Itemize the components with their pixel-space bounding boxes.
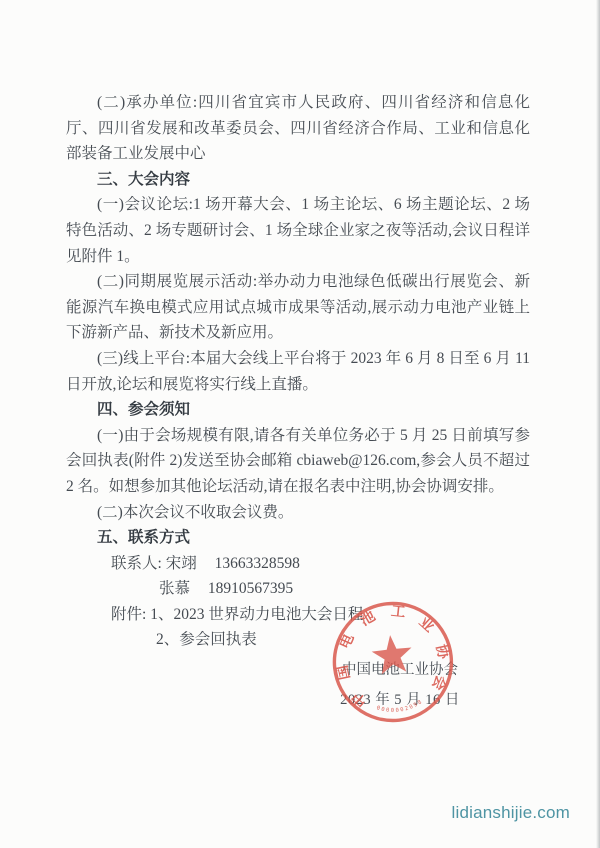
contact-row-1: 联系人: 宋翊 13663328598 xyxy=(111,551,530,577)
attachment-item-2: 2、参会回执表 xyxy=(156,631,257,648)
para-registration: (一)由于会场规模有限,请各有关单位务必于 5 月 25 日前填写参会回执表(附… xyxy=(66,423,530,500)
attachment-label: 附件: xyxy=(111,606,146,623)
para-organizers: (二)承办单位:四川省宜宾市人民政府、四川省经济和信息化厅、四川省发展和改革委员… xyxy=(66,90,530,167)
para-online-platform: (三)线上平台:本届大会线上平台将于 2023 年 6 月 8 日至 6 月 1… xyxy=(66,346,530,397)
heading-attendance-notice: 四、参会须知 xyxy=(66,397,530,423)
attachment-row-1: 附件: 1、2023 世界动力电池大会日程 xyxy=(111,602,530,628)
contact-row-2: 张慕 18910567395 xyxy=(111,576,530,602)
contact-block: 联系人: 宋翊 13663328598 张慕 18910567395 附件: 1… xyxy=(66,551,530,653)
signature-block: 中国电池工业协会 2023 年 5 月 16 日 xyxy=(322,662,478,709)
para-forums: (一)会议论坛:1 场开幕大会、1 场主论坛、6 场主题论坛、2 场特色活动、2… xyxy=(66,192,530,269)
site-watermark: lidianshijie.com xyxy=(452,803,570,823)
signature-organization: 中国电池工业协会 xyxy=(322,662,478,679)
signature-date: 2023 年 5 月 16 日 xyxy=(322,692,478,709)
para-fee: (二)本次会议不收取会议费。 xyxy=(66,500,530,526)
heading-conference-content: 三、大会内容 xyxy=(66,167,530,193)
para-exhibition: (二)同期展览展示活动:举办动力电池绿色低碳出行展览会、新能源汽车换电模式应用试… xyxy=(66,269,530,346)
contact-name-2: 张慕 xyxy=(159,580,190,597)
contact-name-1: 宋翊 xyxy=(166,555,197,572)
document-body: (二)承办单位:四川省宜宾市人民政府、四川省经济和信息化厅、四川省发展和改革委员… xyxy=(66,90,530,653)
attachment-row-2: 2、参会回执表 xyxy=(111,627,530,653)
attachment-item-1: 1、2023 世界动力电池大会日程 xyxy=(150,606,363,623)
contact-label: 联系人: xyxy=(111,555,162,572)
scanned-document-page: (二)承办单位:四川省宜宾市人民政府、四川省经济和信息化厅、四川省发展和改革委员… xyxy=(0,0,600,848)
heading-contact-info: 五、联系方式 xyxy=(66,525,530,551)
contact-phone-1: 13663328598 xyxy=(215,555,300,572)
contact-phone-2: 18910567395 xyxy=(208,580,293,597)
